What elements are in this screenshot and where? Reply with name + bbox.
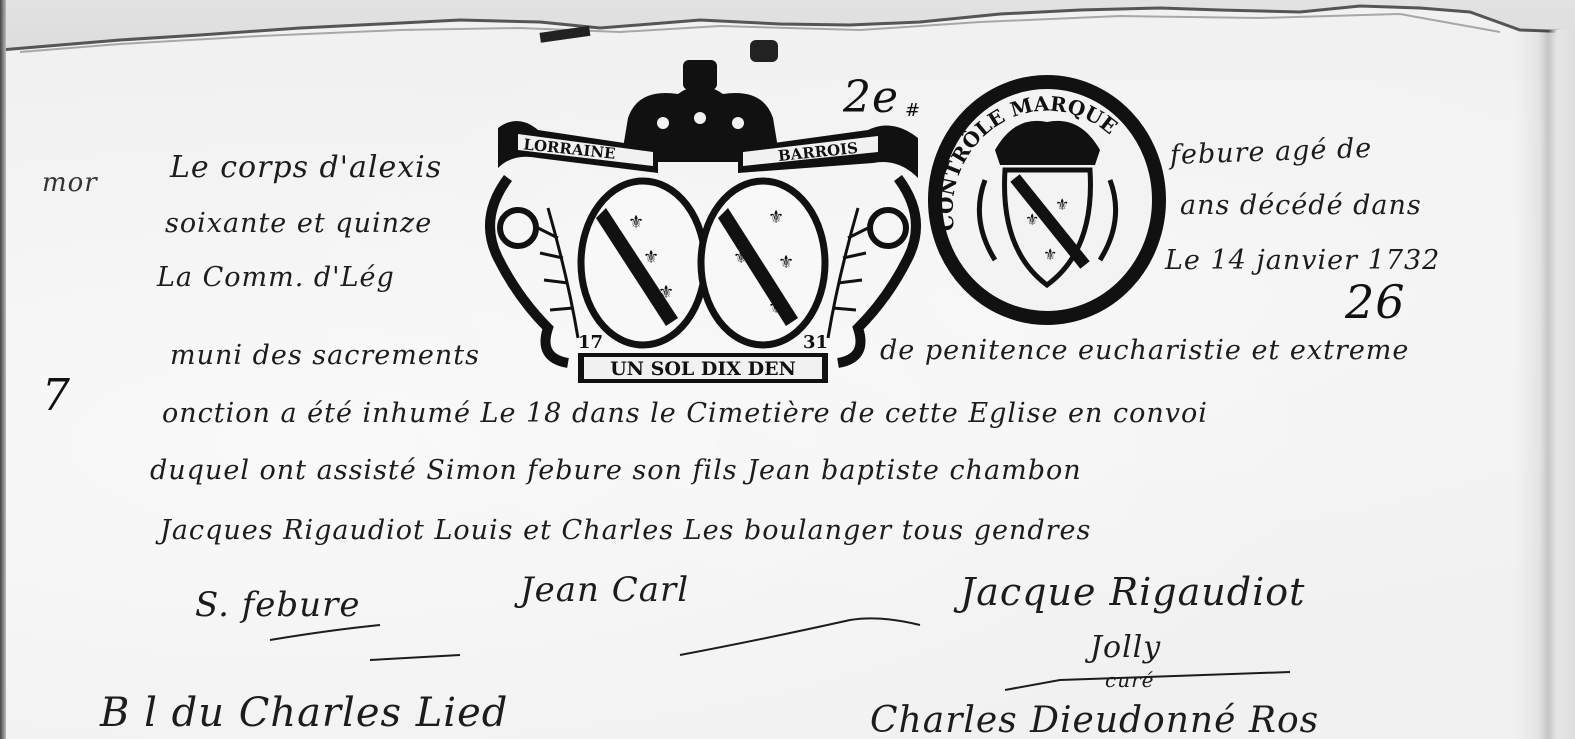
page-left-edge: [0, 0, 6, 739]
signature-carl: Jean Carl: [520, 570, 689, 610]
signature-rigaudiot: Jacque Rigaudiot: [960, 570, 1305, 614]
next-entry-fragment-right: Charles Dieudonné Ros: [870, 700, 1319, 739]
folio-mark: 2e: [843, 72, 899, 123]
svg-text:⚜: ⚜: [1025, 210, 1039, 229]
svg-text:⚜: ⚜: [768, 297, 784, 318]
text-line-3-left: La Comm. d'Lég: [157, 262, 395, 293]
text-line-5: onction a été inhumé Le 18 dans le Cimet…: [162, 398, 1208, 429]
entry-number: 7: [42, 370, 71, 421]
svg-text:⚜: ⚜: [1043, 245, 1057, 264]
svg-text:17: 17: [578, 332, 603, 353]
signature-priest: Jolly: [1090, 630, 1161, 665]
svg-text:⚜: ⚜: [658, 282, 674, 303]
priest-title: curé: [1105, 668, 1154, 692]
text-line-4-left: muni des sacrements: [170, 340, 480, 371]
svg-text:31: 31: [803, 332, 828, 353]
folio-submark: #: [905, 100, 921, 121]
round-control-seal: CONTRÔLE MARQUE ⚜ ⚜ ⚜: [925, 60, 1170, 330]
svg-text:⚜: ⚜: [733, 247, 749, 268]
next-entry-fragment-left: B l du Charles Lied: [100, 690, 508, 736]
text-line-2-left: soixante et quinze: [165, 208, 432, 239]
register-page: LORRAINE BARROIS ⚜ ⚜ ⚜ ⚜ ⚜ ⚜ ⚜ 17 31: [0, 0, 1575, 739]
page-right-edge: [1515, 30, 1575, 739]
text-line-6: duquel ont assisté Simon febure son fils…: [150, 455, 1082, 486]
text-line-3-right: Le 14 janvier 1732: [1165, 245, 1440, 276]
svg-text:⚜: ⚜: [643, 247, 659, 268]
text-line-2-right: ans décédé dans: [1180, 190, 1422, 221]
svg-text:⚜: ⚜: [1055, 195, 1069, 214]
text-line-4-right: de penitence eucharistie et extreme: [880, 335, 1409, 366]
page-number: 26: [1345, 275, 1406, 329]
text-line-1-left: Le corps d'alexis: [170, 150, 442, 185]
svg-text:⚜: ⚜: [778, 252, 794, 273]
svg-text:⚜: ⚜: [628, 212, 644, 233]
svg-text:UN SOL DIX DEN: UN SOL DIX DEN: [610, 358, 796, 380]
margin-note-mort: mor: [42, 168, 98, 198]
signature-febure: S. febure: [195, 585, 360, 625]
text-line-1-right: febure agé de: [1169, 133, 1372, 171]
svg-text:⚜: ⚜: [768, 207, 784, 228]
text-line-7: Jacques Rigaudiot Louis et Charles Les b…: [160, 515, 1091, 546]
